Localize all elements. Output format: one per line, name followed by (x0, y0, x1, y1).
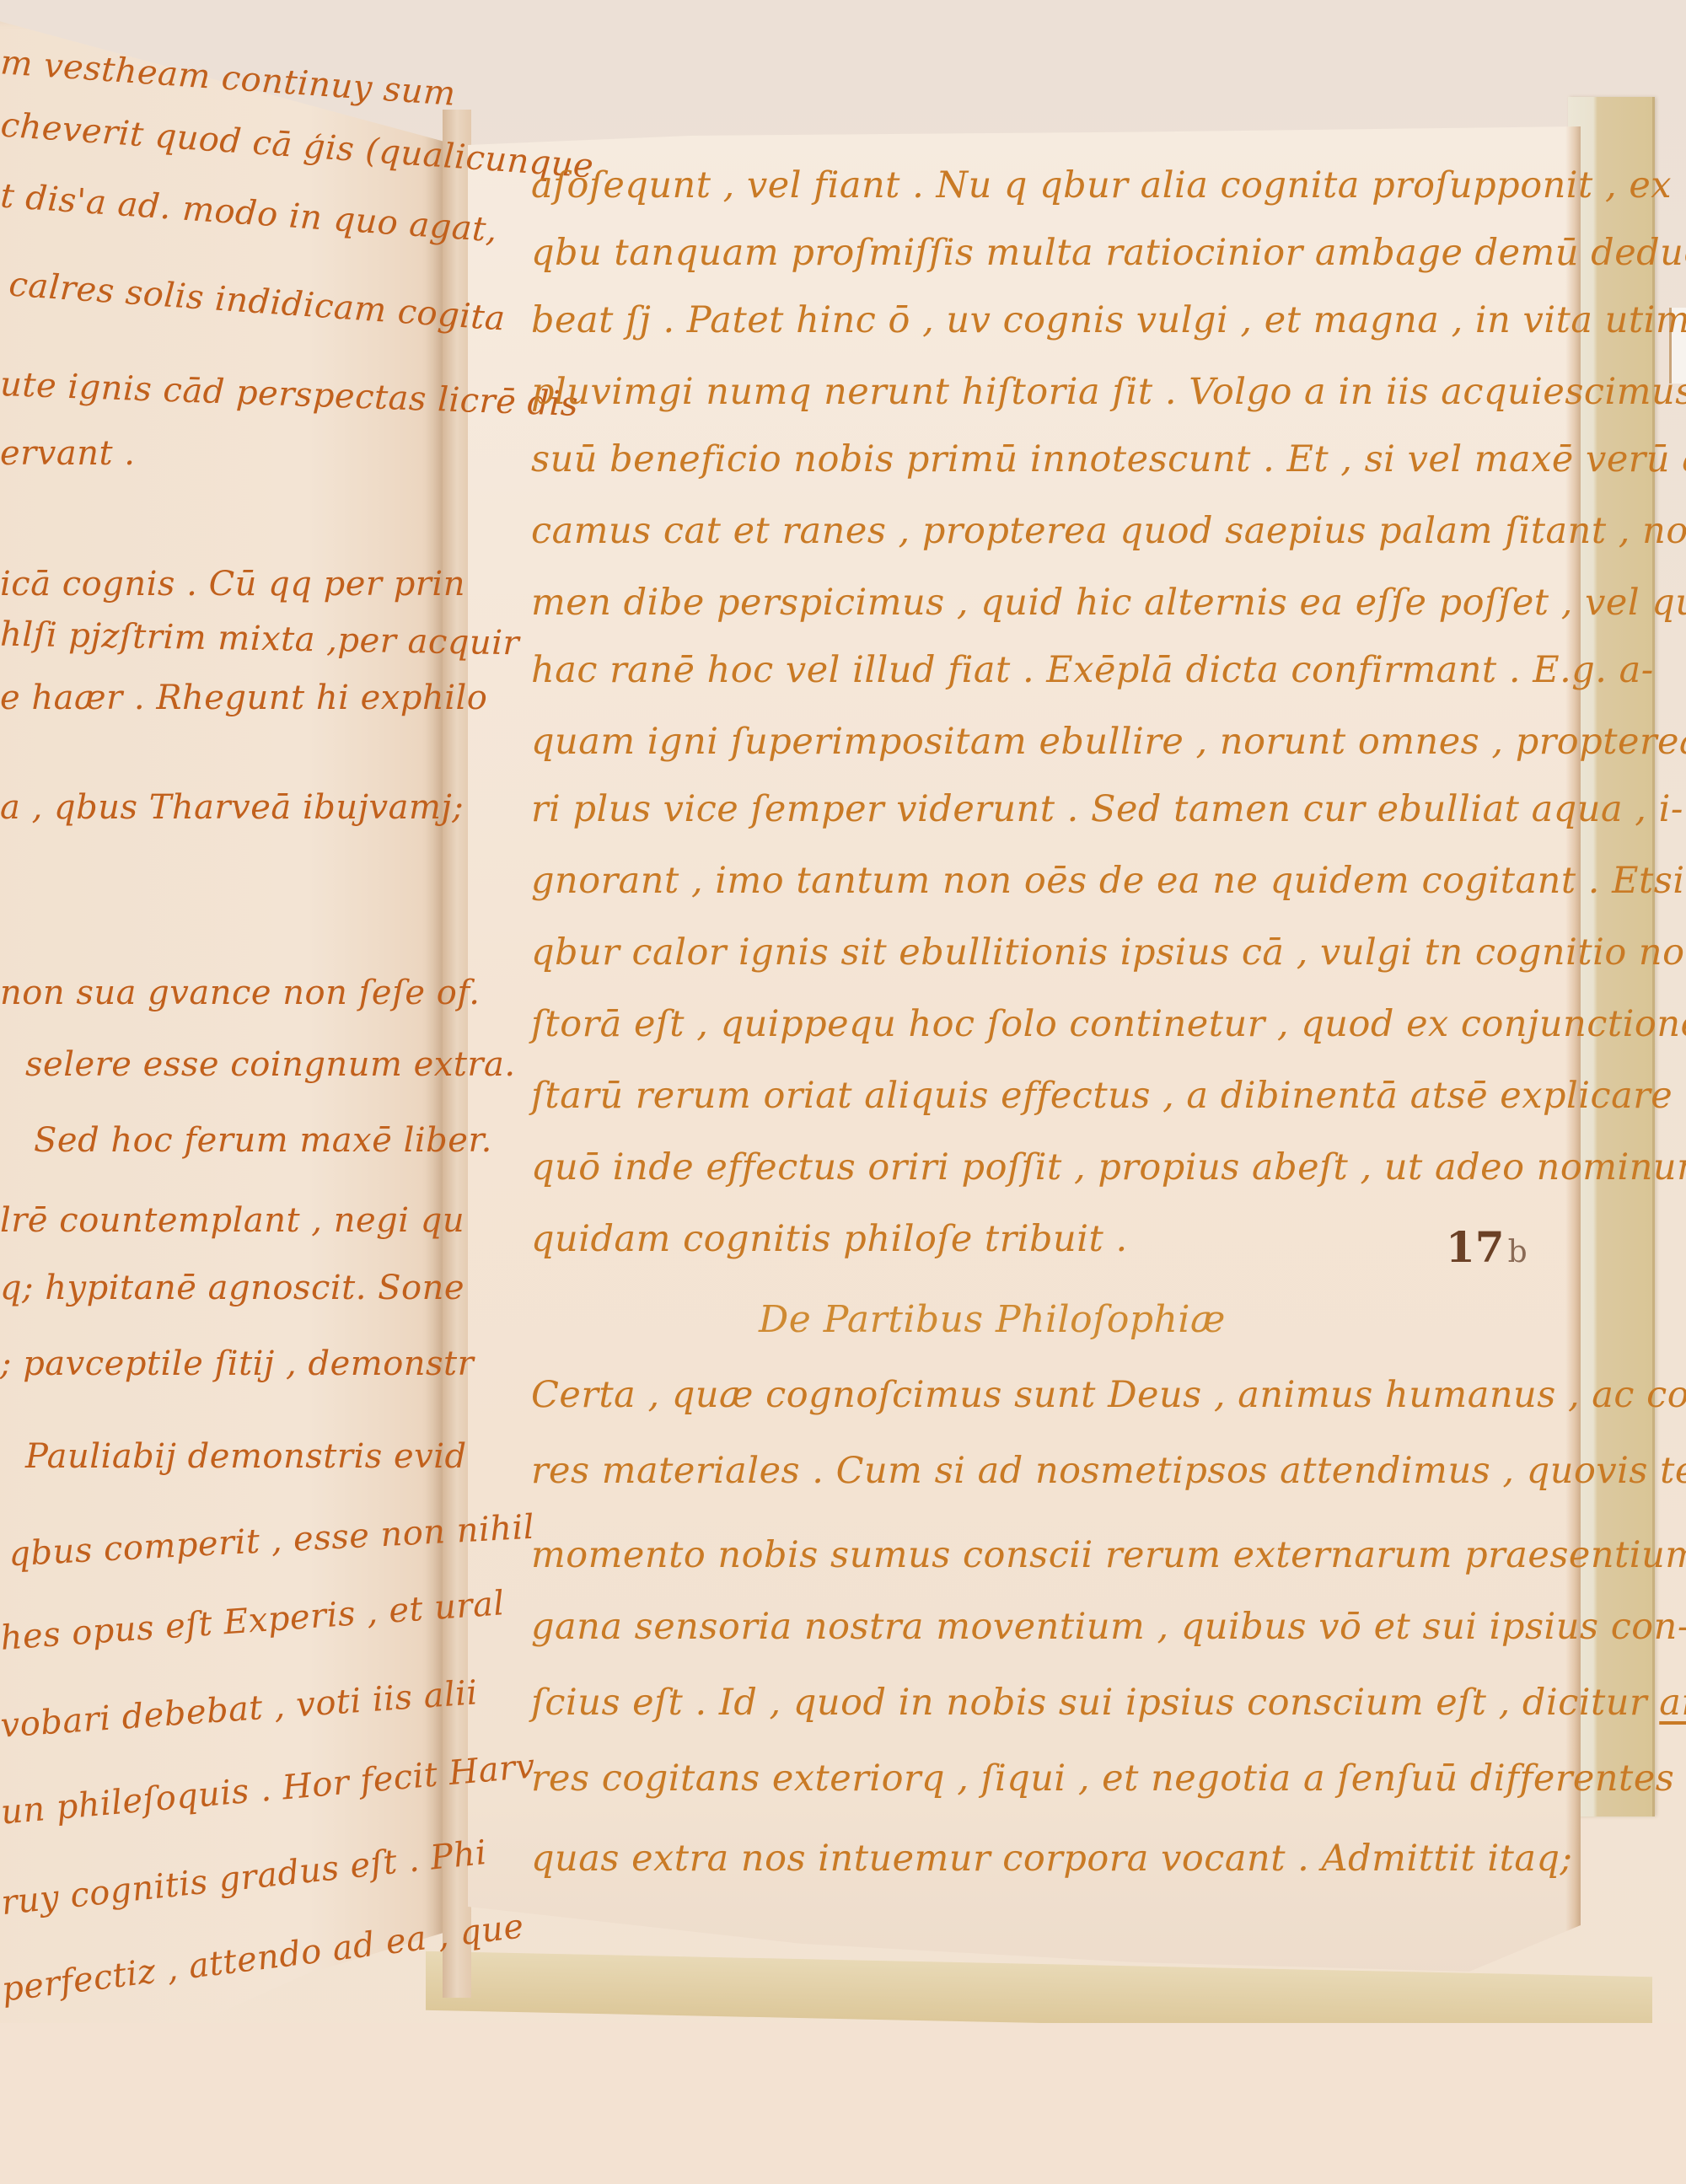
right-line: hac ranē hoc vel illud fiat . Exēplā dic… (531, 649, 1654, 691)
right-line: qbur calor ignis sit ebullitionis ipsius… (531, 931, 1686, 974)
right-line: gnorant , imo tantum non oēs de ea ne qu… (531, 860, 1685, 902)
right-line: quidam cognitis philoſe tribuit . (531, 1218, 1128, 1260)
right-line: momento nobis sumus conscii rerum extern… (531, 1534, 1686, 1576)
right-line: quam igni ſuperimpositam ebullire , noru… (531, 721, 1686, 763)
right-line: men dibe perspicimus , quid hic alternis… (531, 582, 1686, 624)
right-line: ſcius eſt . Id , quod in nobis sui ipsiu… (531, 1682, 1686, 1724)
right-line: res materiales . Cum si ad nosmetipsos a… (531, 1450, 1686, 1492)
right-line: gana sensoria nostra moventium , quibus … (531, 1606, 1686, 1648)
folio-suffix: b (1508, 1235, 1528, 1269)
left-line: e haær . Rhegunt hi exphilo (0, 679, 487, 717)
left-line: Pauliabij demonstris evid (25, 1437, 467, 1476)
left-line: Sed hoc ferum maxē liber. (34, 1121, 492, 1160)
folio-number-digits: 17 (1446, 1222, 1505, 1272)
right-line: ſtorā eſt , quippequ hoc ſolo continetur… (531, 1003, 1686, 1045)
right-line: ſtarū rerum oriat aliquis effectus , a d… (531, 1075, 1673, 1117)
left-line: q; hypitanē agnoscit. Sone (0, 1269, 464, 1307)
right-line: quas extra nos intuemur corpora vocant .… (531, 1838, 1573, 1880)
underlined-word: anima: (1659, 1682, 1686, 1724)
section-heading: De Partibus Philoſophiæ (759, 1298, 1226, 1341)
folio-number: 17b (1446, 1222, 1528, 1272)
right-line: res cogitans exteriorq , ſiqui , et nego… (531, 1757, 1686, 1800)
right-line: beat ſj . Patet hinc ō , uv cognis vulgi… (531, 299, 1686, 341)
right-line: ri plus vice ſemper viderunt . Sed tamen… (531, 788, 1683, 830)
left-line: ; pavceptile ſitij , demonstr (0, 1344, 474, 1383)
left-line: ervant . (0, 434, 136, 473)
right-line: Certa , quæ cognoſcimus sunt Deus , anim… (531, 1374, 1686, 1416)
left-line: a , qbus Tharveā ibujvamj; (0, 788, 464, 827)
left-line: lrē countemplant , negi qu (0, 1201, 464, 1240)
right-line-text: ſcius eſt . Id , quod in nobis sui ipsiu… (531, 1682, 1647, 1724)
left-line: non sua gvance non ſeſe of. (0, 974, 480, 1012)
left-line: icā cognis . Cū qq per prin (0, 565, 465, 604)
left-line: selere esse coingnum extra. (25, 1045, 516, 1084)
right-line: suū beneficio nobis primū innotescunt . … (531, 438, 1686, 480)
right-line: pluvimgi numq nerunt hiſtoria ſit . Volg… (531, 371, 1686, 413)
right-line: aſoſequnt , vel fiant . Nu q qbur alia c… (531, 164, 1672, 207)
right-line: camus cat et ranes , propterea quod saep… (531, 510, 1686, 552)
table-surface (0, 2023, 1686, 2184)
right-line: qbu tanquam proſmiſſis multa ratiocinior… (531, 232, 1686, 274)
right-line: quō inde effectus oriri poſſit , propius… (531, 1146, 1686, 1189)
